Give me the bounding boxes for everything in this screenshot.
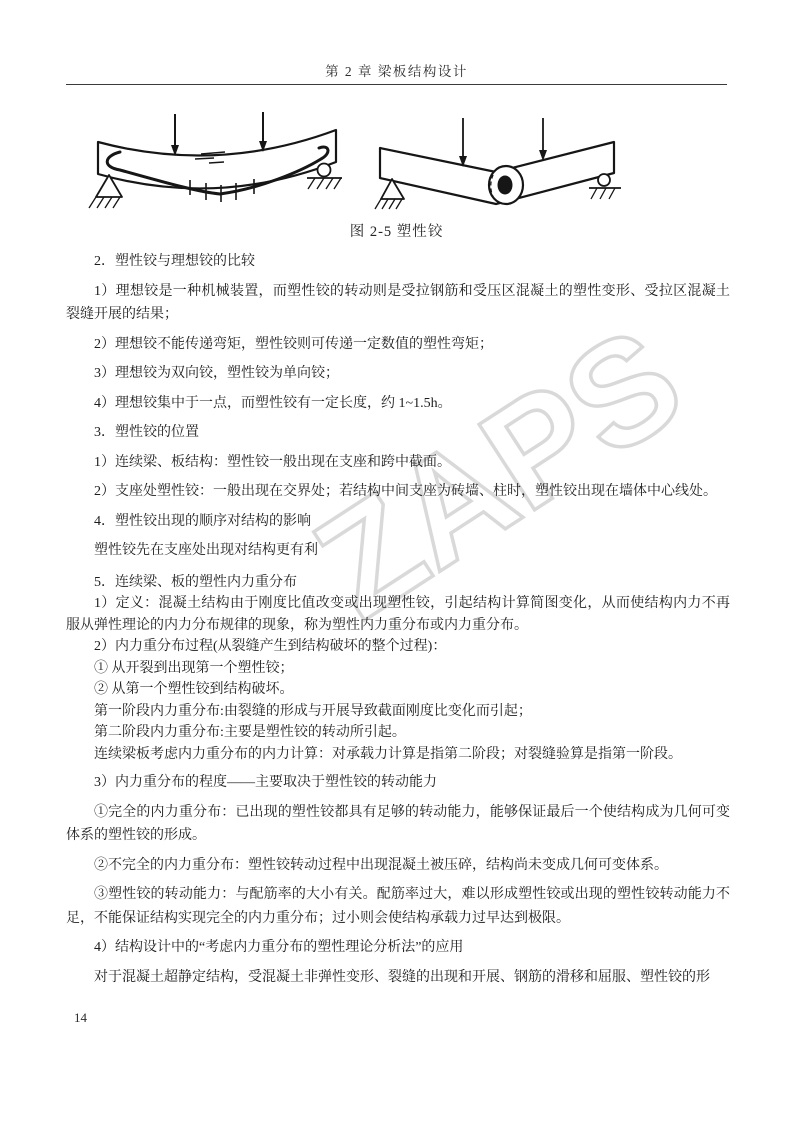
paragraph: 1）定义：混凝土结构由于刚度比值改变或出现塑性铰，引起结构计算简图变化，从而使结… [66,593,730,636]
paragraph: 2）理想铰不能传递弯矩，塑性铰则可传递一定数值的塑性弯矩； [66,333,730,357]
paragraph: ②不完全的内力重分布：塑性铰转动过程中出现混凝土被压碎，结构尚未变成几何可变体系… [66,854,730,878]
list-item: ① 从开裂到出现第一个塑性铰； [66,658,730,680]
header-rule [66,84,727,85]
paragraph: 对于混凝土超静定结构，受混凝土非弹性变形、裂缝的出现和开展、钢筋的滑移和屈服、塑… [66,966,730,990]
paragraph: 4）理想铰集中于一点，而塑性铰有一定长度，约 1~1.5h。 [66,392,730,416]
page-number: 14 [74,1010,87,1026]
paragraph: 4）结构设计中的“考虑内力重分布的塑性理论分析法”的应用 [66,936,730,960]
document-page: ZAPS 第 2 章 梁板结构设计 [0,0,793,1122]
paragraph: ①完全的内力重分布：已出现的塑性铰都具有足够的转动能力，能够保证最后一个使结构成… [66,801,730,848]
figure-caption: 图 2-5 塑性铰 [0,220,793,241]
section-heading: 5．连续梁、板的塑性内力重分布 [66,572,730,594]
plastic-hinge-beam-diagram [366,112,628,227]
paragraph: 2）支座处塑性铰：一般出现在交界处；若结构中间支座为砖墙、柱时，塑性铰出现在墙体… [66,480,730,504]
paragraph: 连续梁板考虑内力重分布的内力计算：对承载力计算是指第二阶段；对裂缝验算是指第一阶… [66,744,730,766]
paragraph: 2）内力重分布过程(从裂缝产生到结构破坏的整个过程)： [66,636,730,658]
section-heading: 2．塑性铰与理想铰的比较 [66,250,730,274]
section-heading: 4．塑性铰出现的顺序对结构的影响 [66,510,730,534]
paragraph: 3）内力重分布的程度——主要取决于塑性铰的转动能力 [66,771,730,795]
paragraph: 1）连续梁、板结构：塑性铰一般出现在支座和跨中截面。 [66,451,730,475]
section-heading: 3．塑性铰的位置 [66,421,730,445]
chapter-header: 第 2 章 梁板结构设计 [0,60,793,80]
paragraph: 第一阶段内力重分布:由裂缝的形成与开展导致截面刚度比变化而引起； [66,701,730,723]
paragraph: 3）理想铰为双向铰，塑性铰为单向铰； [66,362,730,386]
paragraph: ③塑性铰的转动能力：与配筋率的大小有关。配筋率过大，难以形成塑性铰或出现的塑性铰… [66,883,730,930]
paragraph: 塑性铰先在支座处出现对结构更有利 [66,539,730,563]
paragraph: 1）理想铰是一种机械装置，而塑性铰的转动则是受拉钢筋和受压区混凝土的塑性变形、受… [66,280,730,327]
paragraph: 第二阶段内力重分布:主要是塑性铰的转动所引起。 [66,722,730,744]
cracked-beam-diagram [78,112,358,227]
list-item: ② 从第一个塑性铰到结构破坏。 [66,679,730,701]
body-text: 2．塑性铰与理想铰的比较 1）理想铰是一种机械装置，而塑性铰的转动则是受拉钢筋和… [66,244,730,995]
figure-2-5 [78,112,628,227]
